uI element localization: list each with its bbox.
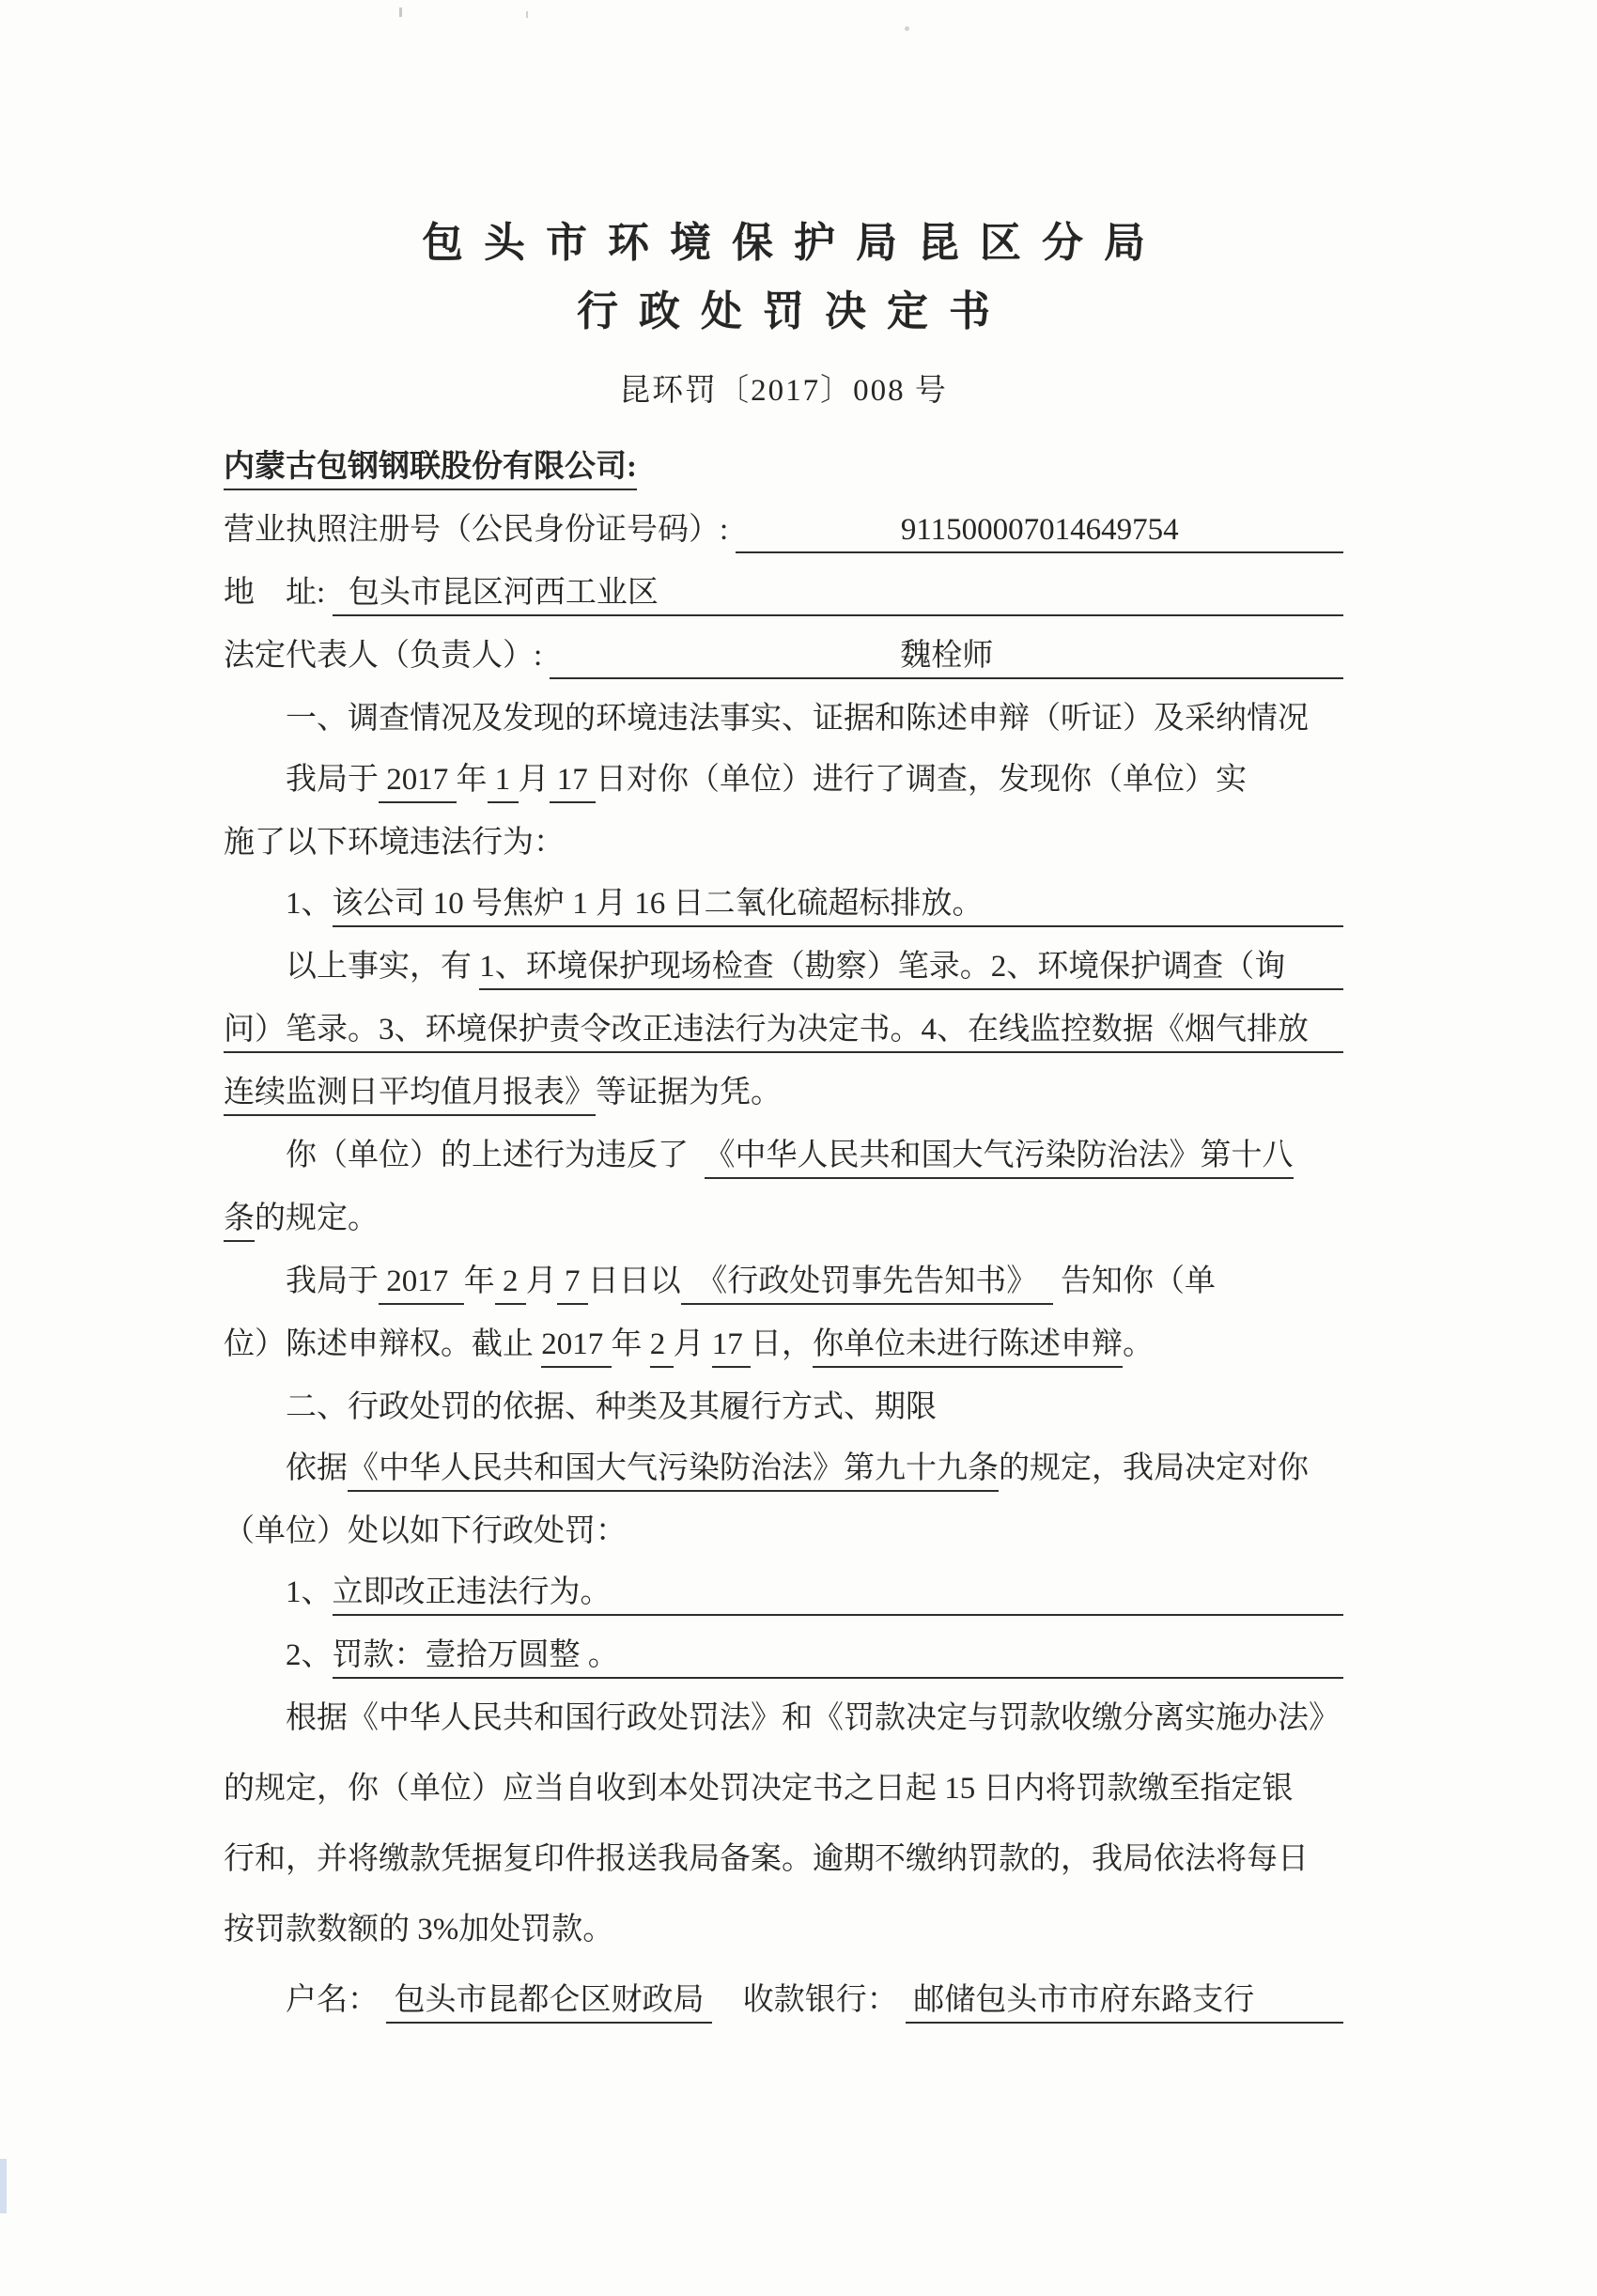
filled-in-value: 1 [488,759,519,803]
filled-in-value: 911500007014649754 [736,509,1343,553]
text-segment: 收款银行： [712,1979,906,2024]
section-1-heading: 一、调查情况及发现的环境违法事实、证据和陈述申辩（听证）及采纳情况 [224,698,1343,740]
filled-in-value: 问）笔录。3、环境保护责令改正违法行为决定书。4、在线监控数据《烟气排放 [224,1009,1343,1053]
penalty-basis-line-2: （单位）处以如下行政处罚： [224,1511,1343,1553]
investigation-date-line: 我局于 2017 年 1 月 17 日对你（单位）进行了调查，发现你（单位）实 [224,759,1343,803]
document-title-line2: 行政处罚决定书 [224,287,1343,336]
payment-para-line-1: 根据《中华人民共和国行政处罚法》和《罚款决定与罚款收缴分离实施办法》 [224,1698,1343,1740]
text-segment: 月 [526,1261,557,1305]
text-segment: 以上事实，有 [286,946,479,990]
bank-account-line: 户名： 包头市昆都仑区财政局 收款银行： 邮储包头市市府东路支行 [224,1979,1343,2024]
license-number-line: 营业执照注册号（公民身份证号码）: 911500007014649754 [224,509,1343,553]
evidence-line-3: 连续监测日平均值月报表》等证据为凭。 [224,1072,1343,1116]
text-segment: 户名： [286,1979,386,2024]
violation-fact-line: 1、该公司 10 号焦炉 1 月 16 日二氧化硫超标排放。 [224,883,1343,927]
penalty-item-2: 2、罚款：壹拾万圆整 。 [224,1635,1343,1679]
notification-line-2: 位）陈述申辩权。截止 2017 年 2 月 17 日，你单位未进行陈述申辩。 [224,1324,1343,1368]
text-segment: 日日以 [588,1261,681,1305]
legal-representative-line: 法定代表人（负责人）: 魏栓师 [224,635,1343,679]
filled-in-value: 《行政处罚事先告知书》 [681,1261,1053,1305]
text-segment: 位）陈述申辩权。截止 [224,1324,541,1368]
filled-in-value: 内蒙古包钢钢联股份有限公司: [224,446,637,490]
text-segment: 营业执照注册号（公民身份证号码）: [224,509,736,553]
payment-para-line-2: 的规定，你（单位）应当自收到本处罚决定书之日起 15 日内将罚款缴至指定银 [224,1768,1343,1810]
scan-artifact [0,2159,7,2213]
filled-in-value: 立即改正违法行为。 [333,1572,1344,1616]
text-segment: 依据 [286,1448,348,1492]
filled-in-value: 17 [712,1324,751,1368]
text-segment: 年 [464,1261,495,1305]
document-title-line1: 包头市环境保护局昆区分局 [224,219,1343,268]
penalty-item-1: 1、立即改正违法行为。 [224,1572,1343,1616]
text-segment: 告知你（单 [1053,1261,1216,1305]
filled-in-value: 2 [495,1261,526,1305]
filled-in-value: 该公司 10 号焦炉 1 月 16 日二氧化硫超标排放。 [333,883,1344,927]
penalty-basis-line-1: 依据《中华人民共和国大气污染防治法》第九十九条的规定，我局决定对你 [224,1448,1343,1492]
document-number: 昆环罚〔2017〕008 号 [224,372,1343,410]
text-segment: 月 [519,759,550,803]
law-violated-line-2: 条的规定。 [224,1198,1343,1242]
filled-in-value: 条 [224,1198,255,1242]
document-content: 包头市环境保护局昆区分局 行政处罚决定书 昆环罚〔2017〕008 号 内蒙古包… [224,0,1343,2052]
text-segment: 的规定，你（单位）应当自收到本处罚决定书之日起 15 日内将罚款缴至指定银 [224,1768,1294,1810]
text-segment: 的规定。 [255,1198,379,1242]
filled-in-value: 2017 [541,1324,611,1368]
section-2-heading: 二、行政处罚的依据、种类及其履行方式、期限 [224,1387,1343,1429]
text-segment: 法定代表人（负责人）: [224,635,550,679]
filled-in-value: 罚款：壹拾万圆整 。 [333,1635,1344,1679]
text-segment: 行和，并将缴款凭据复印件报送我局备案。逾期不缴纳罚款的，我局依法将每日 [224,1838,1309,1881]
filled-in-value: 2017 [379,759,457,803]
text-segment: 的规定，我局决定对你 [999,1448,1309,1492]
text-segment: （单位）处以如下行政处罚： [224,1511,627,1553]
filled-in-value: 2017 [379,1261,464,1305]
recipient-company-line: 内蒙古包钢钢联股份有限公司: [224,446,1343,490]
document-body: 内蒙古包钢钢联股份有限公司:营业执照注册号（公民身份证号码）: 91150000… [224,446,1343,2024]
filled-in-value: 《中华人民共和国大气污染防治法》第十八 [705,1135,1294,1179]
evidence-line-2: 问）笔录。3、环境保护责令改正违法行为决定书。4、在线监控数据《烟气排放 [224,1009,1343,1053]
filled-in-value: 包头市昆都仑区财政局 [386,1979,712,2024]
address-line: 地 址: 包头市昆区河西工业区 [224,572,1343,616]
body-line: 施了以下环境违法行为： [224,822,1343,864]
law-violated-line-1: 你（单位）的上述行为违反了 《中华人民共和国大气污染防治法》第十八 [224,1135,1343,1179]
filled-in-value: 连续监测日平均值月报表》 [224,1072,596,1116]
text-segment: 根据《中华人民共和国行政处罚法》和《罚款决定与罚款收缴分离实施办法》 [286,1698,1340,1740]
text-segment: 1、 [286,883,333,927]
text-segment: 年 [612,1324,650,1368]
text-segment: 二、行政处罚的依据、种类及其履行方式、期限 [286,1387,937,1429]
filled-in-value: 魏栓师 [550,635,1343,679]
text-segment: 月 [674,1324,712,1368]
text-segment: 按罚款数额的 3%加处罚款。 [224,1909,613,1951]
filled-in-value: 邮储包头市市府东路支行 [906,1979,1343,2024]
filled-in-value: 17 [550,759,597,803]
filled-in-value: 2 [650,1324,674,1368]
filled-in-value: 包头市昆区河西工业区 [333,572,1343,616]
penalty-decision-document-page: 包头市环境保护局昆区分局 行政处罚决定书 昆环罚〔2017〕008 号 内蒙古包… [0,0,1597,2296]
text-segment: 2、 [286,1635,333,1679]
filled-in-value: 1、环境保护现场检查（勘察）笔录。2、环境保护调查（询 [479,946,1343,990]
text-segment: 年 [457,759,488,803]
notification-line-1: 我局于 2017 年 2 月 7 日日以 《行政处罚事先告知书》 告知你（单 [224,1261,1343,1305]
text-segment: 我局于 [286,759,379,803]
filled-in-value: 7 [557,1261,588,1305]
text-segment: 你（单位）的上述行为违反了 [286,1135,705,1179]
filled-in-value: 你单位未进行陈述申辩 [813,1324,1123,1368]
text-segment: 我局于 [286,1261,379,1305]
text-segment: 一、调查情况及发现的环境违法事实、证据和陈述申辩（听证）及采纳情况 [286,698,1309,740]
text-segment: 等证据为凭。 [596,1072,782,1116]
text-segment: 日对你（单位）进行了调查，发现你（单位）实 [596,759,1247,803]
text-segment: 1、 [286,1572,333,1616]
text-segment: 。 [1123,1324,1154,1368]
payment-para-line-4: 按罚款数额的 3%加处罚款。 [224,1909,1343,1951]
text-segment: 日， [751,1324,813,1368]
payment-para-line-3: 行和，并将缴款凭据复印件报送我局备案。逾期不缴纳罚款的，我局依法将每日 [224,1838,1343,1881]
text-segment: 地 址: [224,572,333,616]
evidence-line-1: 以上事实，有 1、环境保护现场检查（勘察）笔录。2、环境保护调查（询 [224,946,1343,990]
text-segment: 施了以下环境违法行为： [224,822,565,864]
filled-in-value: 《中华人民共和国大气污染防治法》第九十九条 [348,1448,999,1492]
